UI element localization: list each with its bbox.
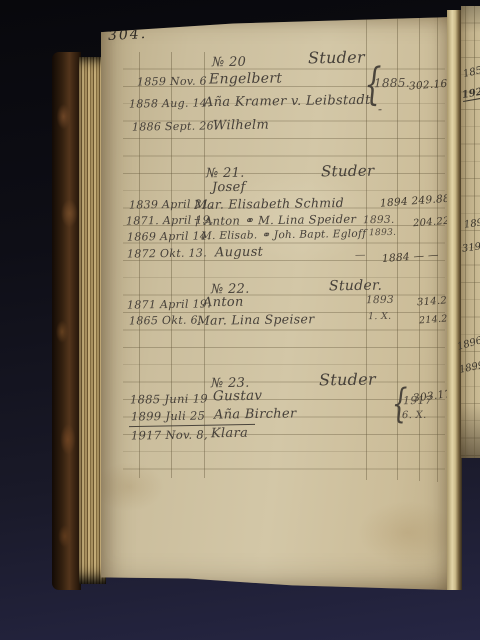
entry-date: 1899 Juli 25 (131, 408, 205, 423)
book-photo: 304. № 20 Studer 1859 Nov. 6 Engelbert 1… (0, 0, 480, 640)
book-spine (52, 52, 81, 590)
entry-date: 1858 Aug. 14. (129, 96, 211, 110)
entry-name: Aña Kramer v. Leibstadt (204, 93, 371, 110)
record-given-name: Josef (212, 180, 246, 195)
entry-note: — (355, 249, 366, 261)
entry-name: Wilhelm (213, 118, 269, 134)
entry-note: 1893. (363, 214, 395, 226)
marriage-date-note: 6. X. (402, 410, 427, 421)
entry-note: 1893 (366, 294, 394, 306)
entry-name: Engelbert (209, 70, 282, 87)
entry-name: M. Elisab. ⚭ Joh. Bapt. Egloff (201, 228, 367, 242)
entry-name: † Anton ⚭ M. Lina Speider (194, 212, 356, 228)
next-page-fragment: 192. (461, 86, 480, 102)
record-surname: Studer (308, 48, 365, 68)
record-surname: Studer (319, 370, 376, 390)
entry-name: Anton (203, 295, 244, 311)
entry-date: 1869 April 14. (127, 229, 211, 243)
next-page-fragment: 1891. (463, 216, 480, 230)
entry-date: 1917 Nov. 8, (131, 427, 208, 442)
entry-name: Gustav (213, 388, 263, 405)
next-page-fragment: 3196. (461, 240, 480, 254)
entry-date: 1886 Sept. 26. (132, 119, 218, 133)
record-number: № 20 (212, 55, 246, 70)
entry-name: Mar. Lina Speiser (197, 311, 315, 328)
entry-note: 1893. (369, 228, 396, 238)
entry-name: August (215, 245, 263, 261)
entry-date: 1865 Okt. 6. (129, 313, 202, 327)
entry-name: Mar. Elisabeth Schmid (194, 195, 344, 212)
entry-date: 1871 April 19. (127, 297, 211, 311)
entry-date: 1872 Okt. 13. (127, 246, 207, 260)
next-page-edge: 1854. 192. 1891. 3196. 1896. 1899. (461, 6, 480, 458)
register-page: 304. № 20 Studer 1859 Nov. 6 Engelbert 1… (101, 16, 449, 590)
next-page-fragment: 1899. (458, 359, 480, 376)
page-reference: 302.16. (409, 78, 452, 93)
entry-name: Aña Bircher (214, 406, 297, 422)
entry-name: Klara (211, 426, 248, 442)
entry-date: 1885 Juni 19 (130, 391, 208, 406)
record-surname: Studer. (329, 278, 382, 295)
entry-date: 1859 Nov. 6 (137, 75, 207, 89)
record-surname: Studer (321, 162, 375, 181)
entry-note: 1. X. (368, 311, 392, 322)
marriage-note: - (378, 102, 383, 116)
page-number: 304. (108, 26, 148, 44)
gutter-fold (447, 10, 462, 590)
marriage-year-note: 1885. (374, 76, 410, 90)
